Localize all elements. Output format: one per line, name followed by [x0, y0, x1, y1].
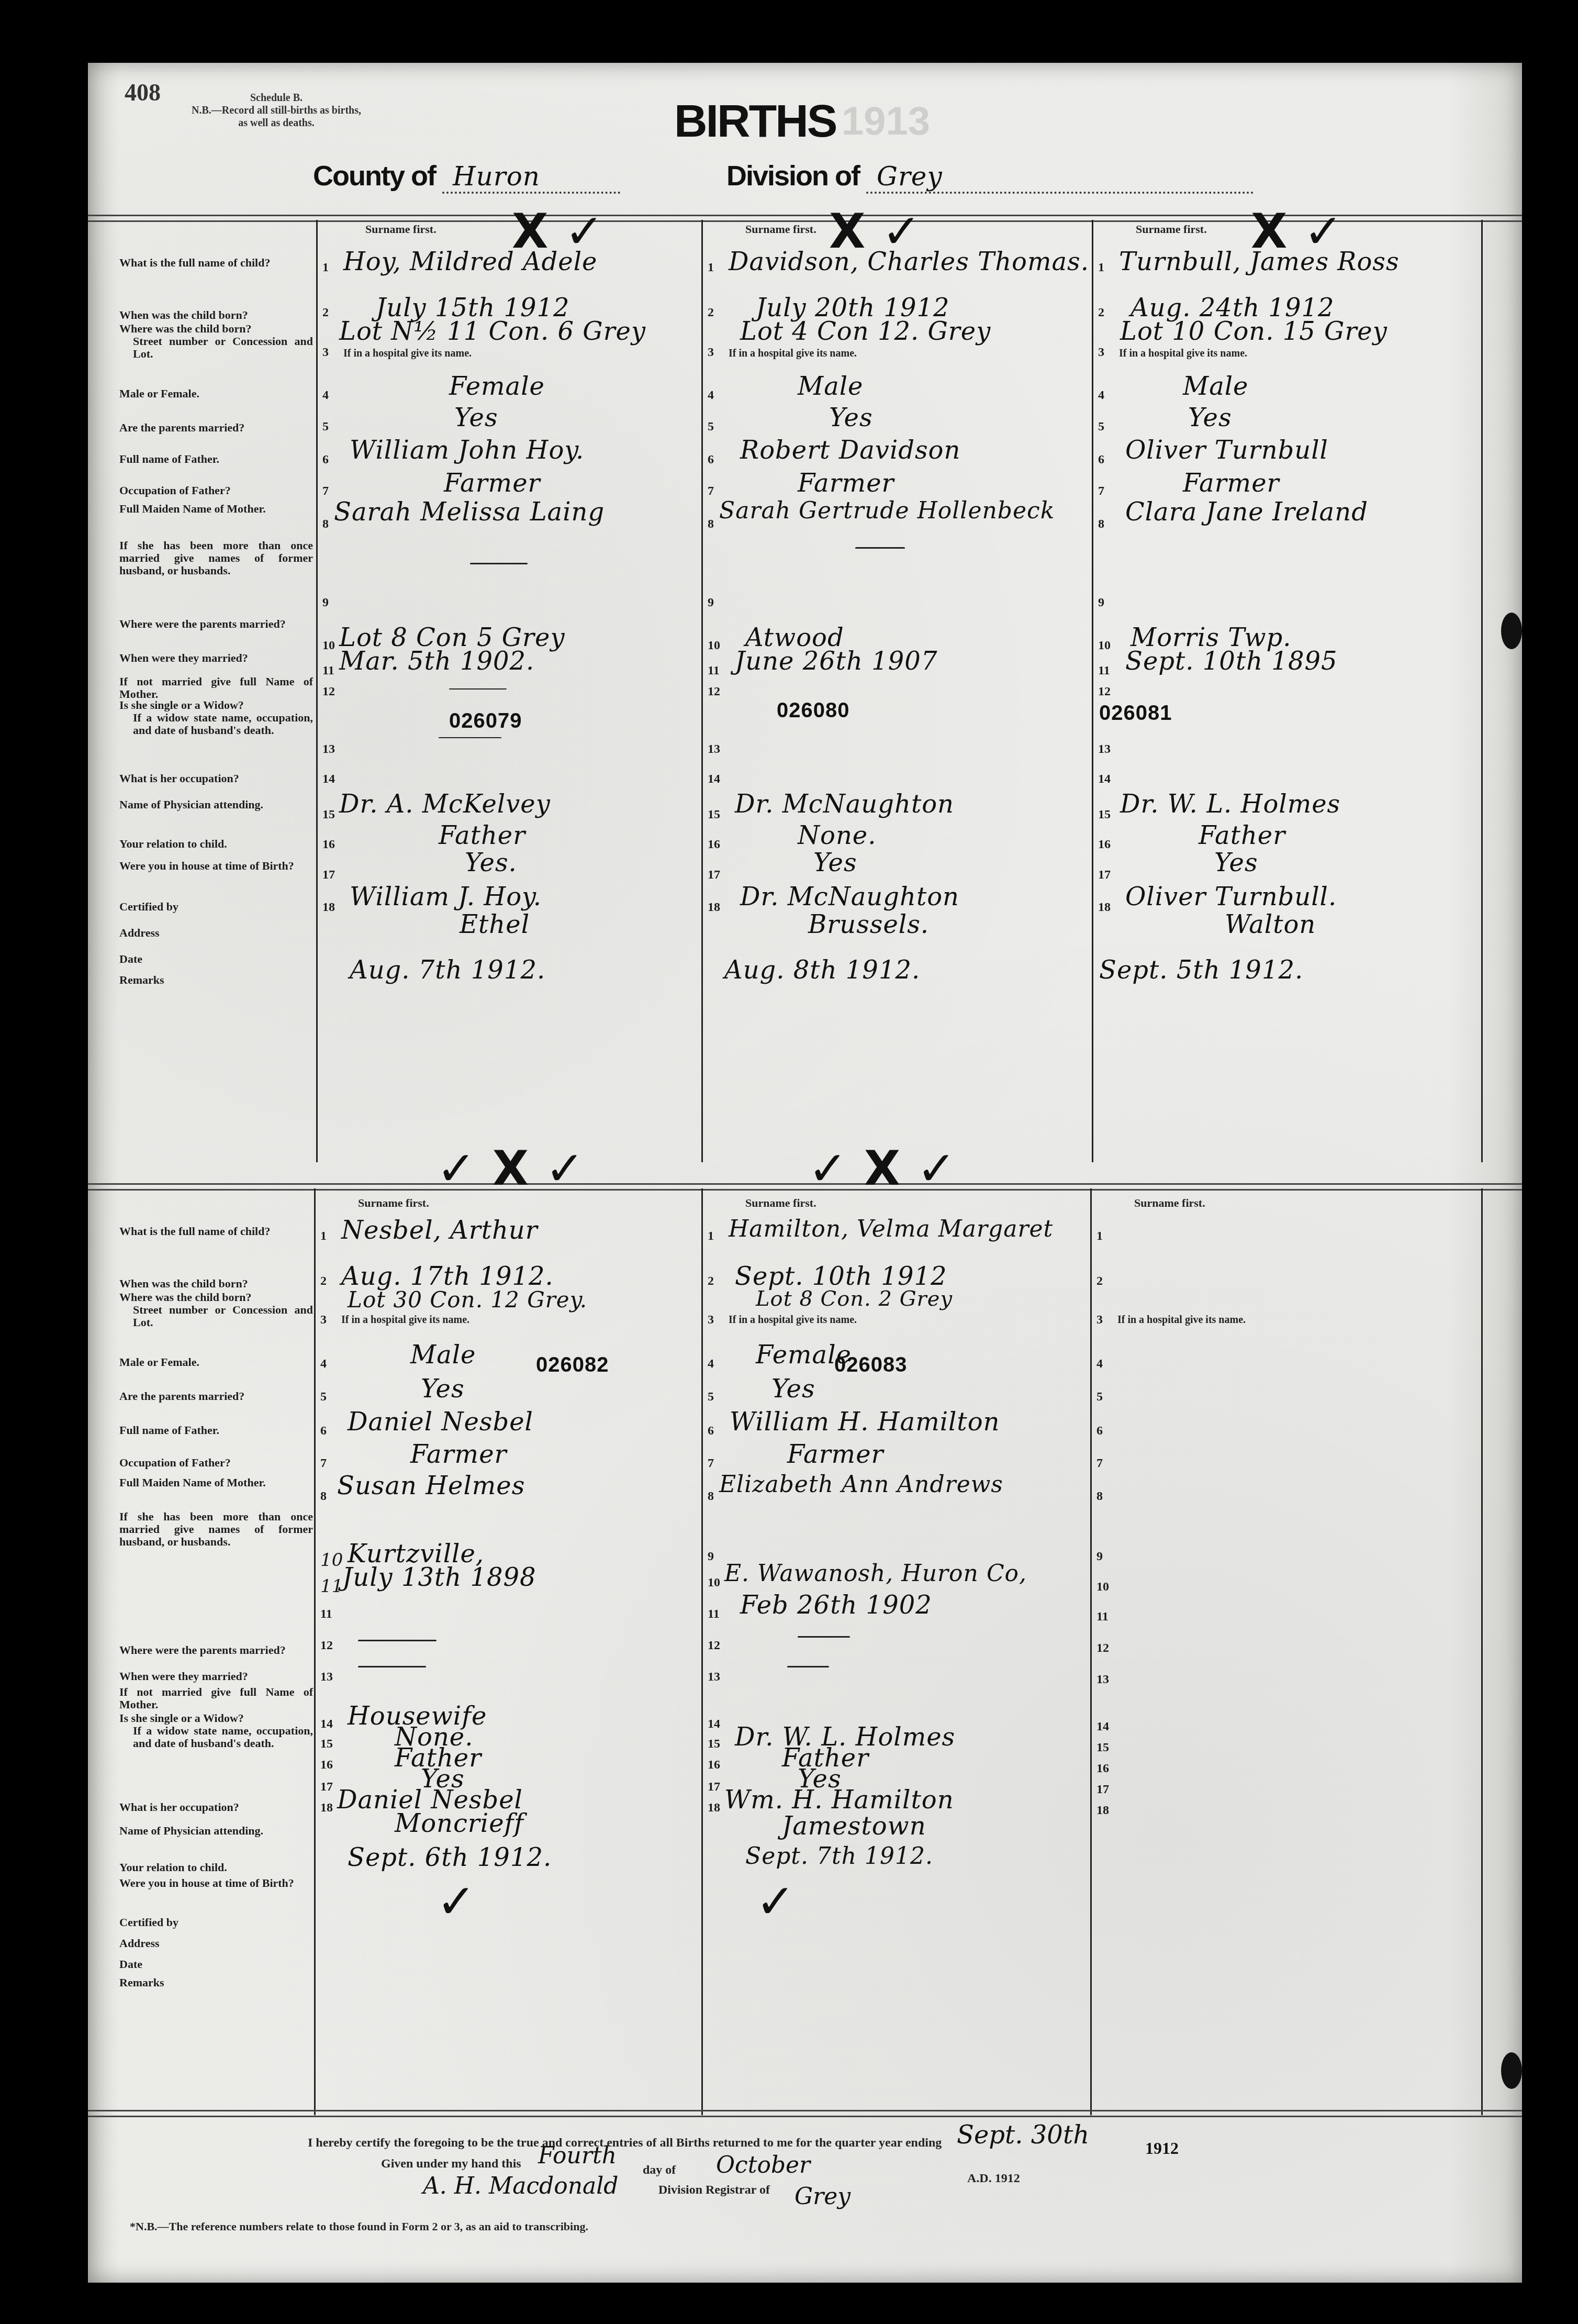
relation: Father — [1199, 821, 1285, 850]
blank-dash — [470, 563, 528, 564]
row-number: 5 — [320, 1390, 327, 1404]
row-number: 15 — [708, 1737, 720, 1751]
row-number: 17 — [1098, 868, 1111, 882]
marriage-date: Mar. 5th 1902. — [339, 647, 534, 676]
birth-register-page: 408 Schedule B. N.B.—Record all still-bi… — [88, 63, 1522, 2283]
still-births-note-1: N.B.—Record all still-births as births, — [166, 104, 386, 117]
corrected-row-number: 11 — [320, 1576, 343, 1597]
label-remarks: Remarks — [119, 1976, 313, 1989]
row-number: 18 — [708, 1801, 720, 1815]
row-number: 14 — [1096, 1720, 1109, 1734]
given-day: Fourth — [538, 2142, 617, 2169]
row-number: 15 — [708, 808, 720, 822]
birth-record: Surname first. ✓ X ✓ 1 Nesbel, Arthur 2 … — [316, 1188, 700, 2115]
certified-by: William J. Hoy. — [350, 882, 542, 911]
birth-place: Lot N½ 11 Con. 6 Grey — [339, 317, 646, 346]
label-marriage-date: When were they married? — [119, 1670, 313, 1683]
marriage-date: July 13th 1898 — [342, 1563, 536, 1592]
label-father-occupation: Occupation of Father? — [119, 484, 313, 497]
date: Aug. 7th 1912. — [350, 955, 545, 985]
row-number: 2 — [1098, 306, 1104, 320]
label-former-husbands: If she has been more than once married g… — [119, 1510, 313, 1548]
row-number: 4 — [320, 1357, 327, 1371]
row-number: 3 — [322, 346, 329, 360]
registrar-signature: A. H. Macdonald — [423, 2173, 618, 2199]
row-number: 3 — [320, 1313, 327, 1327]
sex: Male — [1183, 372, 1249, 401]
reference-number: 026082 — [536, 1353, 609, 1377]
row-number: 3 — [708, 1313, 714, 1327]
row-number: 13 — [1096, 1673, 1109, 1687]
row-number: 14 — [320, 1717, 333, 1731]
row-number: 2 — [708, 306, 714, 320]
row-number: 5 — [708, 420, 714, 434]
address: Brussels. — [808, 910, 929, 939]
bleed-through-text: 1913 — [842, 98, 930, 144]
row-number: 6 — [1098, 453, 1104, 467]
row-number: 4 — [1098, 388, 1104, 403]
row-number: 1 — [322, 261, 329, 275]
date: Sept. 7th 1912. — [745, 1843, 933, 1870]
reference-number: 026080 — [777, 699, 849, 722]
father-occupation: Farmer — [798, 469, 894, 498]
county-label: County of — [313, 160, 435, 192]
date: Aug. 8th 1912. — [724, 955, 920, 985]
certify-statement: I hereby certify the foregoing to be the… — [308, 2136, 942, 2150]
blank-dash — [358, 1666, 426, 1667]
birth-place: Lot 10 Con. 15 Grey — [1120, 317, 1387, 346]
row-number: 18 — [1098, 900, 1111, 915]
row-number: 14 — [1098, 772, 1111, 786]
row-number: 1 — [1098, 261, 1104, 275]
binder-hole — [1501, 2052, 1522, 2089]
hospital-prompt: If in a hospital give its name. — [341, 1314, 469, 1326]
label-sex: Male or Female. — [119, 387, 313, 400]
row-number: 2 — [1096, 1274, 1103, 1288]
birth-record-blank: Surname first. 1 2 3 If in a hospital gi… — [1092, 1188, 1480, 2115]
label-parents-married: Are the parents married? — [119, 421, 313, 434]
quarter-end-date: Sept. 30th — [957, 2120, 1089, 2150]
blank-dash — [449, 688, 507, 690]
row-number: 7 — [322, 484, 329, 498]
row-number: 2 — [322, 306, 329, 320]
address: Jamestown — [782, 1811, 926, 1841]
label-date: Date — [119, 953, 313, 965]
father-name: Oliver Turnbull — [1125, 436, 1328, 465]
parents-married: Yes — [454, 403, 498, 432]
marriage-place: E. Wawanosh, Huron Co, — [724, 1560, 1027, 1587]
label-parents-married: Are the parents married? — [119, 1390, 313, 1403]
row-number: 11 — [1096, 1610, 1109, 1624]
father-name: Daniel Nesbel — [348, 1407, 533, 1437]
label-relation: Your relation to child. — [119, 1861, 313, 1874]
child-name: Nesbel, Arthur — [341, 1216, 538, 1245]
label-mother-maiden: Full Maiden Name of Mother. — [119, 1476, 313, 1489]
address: Ethel — [460, 910, 530, 939]
column-divider — [1090, 1188, 1092, 2115]
row-number: 10 — [1096, 1580, 1109, 1594]
row-number: 11 — [320, 1607, 332, 1621]
sex: Male — [798, 372, 864, 401]
label-child-name: What is the full name of child? — [119, 1225, 313, 1238]
label-in-house: Were you in house at time of Birth? — [119, 860, 313, 872]
label-mother-occupation: What is her occupation? — [119, 1801, 313, 1814]
reference-footnote: *N.B.—The reference numbers relate to th… — [130, 2220, 588, 2233]
row-number: 16 — [1096, 1762, 1109, 1776]
row-number: 8 — [322, 517, 329, 531]
row-number: 7 — [1096, 1456, 1103, 1471]
row-number: 12 — [708, 685, 720, 699]
label-former-husbands: If she has been more than once married g… — [119, 539, 313, 577]
label-in-house: Were you in house at time of Birth? — [119, 1877, 313, 1889]
label-address: Address — [119, 1937, 313, 1950]
county-value: Huron — [442, 161, 620, 194]
row-number: 6 — [1096, 1424, 1103, 1438]
given-month: October — [716, 2152, 810, 2178]
label-physician: Name of Physician attending. — [119, 1825, 313, 1837]
label-relation: Your relation to child. — [119, 838, 313, 850]
address: Moncrieff — [395, 1809, 524, 1838]
label-physician: Name of Physician attending. — [119, 798, 313, 811]
in-house: Yes. — [465, 848, 517, 877]
label-mother-maiden: Full Maiden Name of Mother. — [119, 503, 313, 515]
row-number: 8 — [708, 517, 714, 531]
hospital-prompt: If in a hospital give its name. — [729, 1314, 857, 1326]
marriage-date: June 26th 1907 — [735, 647, 937, 676]
marriage-date: Feb 26th 1902 — [740, 1591, 932, 1620]
row-number: 16 — [708, 1758, 720, 1772]
division-value: Grey — [866, 161, 1254, 194]
certified-by: Dr. McNaughton — [740, 882, 959, 911]
row-number: 12 — [322, 685, 335, 699]
marriage-date: Sept. 10th 1895 — [1125, 647, 1338, 676]
row-number: 14 — [322, 772, 335, 786]
row-number: 4 — [708, 388, 714, 403]
county-field: County of Huron — [313, 160, 620, 194]
binder-hole — [1501, 613, 1522, 649]
label-father-name: Full name of Father. — [119, 1424, 313, 1437]
corrected-row-number: 10 — [320, 1550, 343, 1571]
reference-number: 026079 — [449, 709, 522, 733]
column-divider — [316, 220, 318, 1162]
check-mark-icon: ✓ — [756, 1874, 795, 1929]
row-number: 12 — [708, 1639, 720, 1653]
certification-footer: I hereby certify the foregoing to be the… — [88, 2115, 1522, 2272]
page-title: BIRTHS — [674, 94, 836, 148]
row-number: 4 — [322, 388, 329, 403]
label-date: Date — [119, 1958, 313, 1971]
label-remarks: Remarks — [119, 974, 313, 986]
father-occupation: Farmer — [444, 469, 540, 498]
row-number: 11 — [708, 1607, 720, 1621]
row-number: 9 — [708, 596, 714, 610]
row-number: 6 — [708, 453, 714, 467]
label-birth-place-sub: Street number or Concession and Lot. — [119, 1304, 313, 1329]
row-number: 8 — [320, 1489, 327, 1504]
check-marks: ✓ X ✓ — [437, 1141, 585, 1196]
row-number: 8 — [708, 1489, 714, 1504]
hospital-prompt: If in a hospital give its name. — [1119, 348, 1247, 360]
row-number: 18 — [708, 900, 720, 915]
parents-married: Yes — [771, 1374, 815, 1404]
row-number: 2 — [320, 1274, 327, 1288]
birth-record: Surname first. ✓ X ✓ 1 Hamilton, Velma M… — [703, 1188, 1089, 2115]
surname-first-header: Surname first. — [358, 1196, 742, 1210]
label-unmarried-mother: If not married give full Name of Mother. — [119, 675, 313, 700]
row-number: 6 — [322, 453, 329, 467]
reference-number: 026083 — [834, 1353, 907, 1377]
row-number: 17 — [320, 1780, 333, 1794]
birth-place: Lot 8 Con. 2 Grey — [756, 1287, 953, 1311]
row-number: 7 — [708, 1456, 714, 1471]
label-certified-by: Certified by — [119, 1916, 313, 1929]
row-number: 7 — [320, 1456, 327, 1471]
mother-maiden-name: Sarah Melissa Laing — [334, 497, 605, 527]
physician: Dr. W. L. Holmes — [1120, 790, 1340, 819]
label-birth-date: When was the child born? — [119, 1277, 313, 1290]
hospital-prompt: If in a hospital give its name. — [729, 348, 857, 360]
registrar-of-label: Division Registrar of — [658, 2183, 770, 2197]
certified-by: Wm. H. Hamilton — [724, 1785, 954, 1815]
row-number: 11 — [1098, 664, 1110, 678]
label-unmarried-mother: If not married give full Name of Mother. — [119, 1686, 313, 1711]
mother-maiden-name: Clara Jane Ireland — [1125, 497, 1368, 527]
father-occupation: Farmer — [410, 1440, 507, 1469]
row-number: 10 — [708, 639, 720, 653]
label-marriage-place: Where were the parents married? — [119, 618, 313, 630]
row-number: 13 — [708, 1670, 720, 1684]
row-number: 5 — [708, 1390, 714, 1404]
surname-first-header: Surname first. — [745, 223, 1133, 236]
column-divider — [701, 1188, 703, 2115]
label-widow: Is she single or a Widow?If a widow stat… — [119, 699, 313, 737]
sex: Female — [449, 372, 545, 401]
row-number: 2 — [708, 1274, 714, 1288]
column-divider — [1481, 220, 1483, 1162]
row-number: 6 — [708, 1424, 714, 1438]
row-number: 11 — [322, 664, 334, 678]
row-number: 9 — [708, 1550, 714, 1564]
mother-maiden-name: Elizabeth Ann Andrews — [719, 1471, 1003, 1498]
row-number: 5 — [1096, 1390, 1103, 1404]
label-widow-sub: If a widow state name, occupation, and d… — [119, 1725, 313, 1750]
label-widow-main: Is she single or a Widow? — [119, 1711, 244, 1725]
ad-year: A.D. 1912 — [967, 2172, 1020, 2186]
row-number: 17 — [708, 868, 720, 882]
bottom-section: What is the full name of child? When was… — [88, 1188, 1522, 2115]
top-section: What is the full name of child? When was… — [88, 220, 1522, 1162]
birth-place: Lot 30 Con. 12 Grey. — [348, 1287, 587, 1313]
row-number: 5 — [1098, 420, 1104, 434]
division-field: Division of Grey — [726, 160, 1254, 194]
surname-first-header: Surname first. — [745, 1196, 1131, 1210]
sex: Male — [410, 1340, 476, 1370]
row-number: 18 — [322, 900, 335, 915]
row-number: 14 — [708, 1717, 720, 1731]
row-number: 16 — [1098, 838, 1111, 852]
row-number: 9 — [1098, 596, 1104, 610]
row-number: 16 — [708, 838, 720, 852]
row-number: 17 — [708, 1780, 720, 1794]
row-number: 3 — [1096, 1313, 1103, 1327]
in-house: Yes — [1214, 848, 1258, 877]
row-number: 15 — [322, 808, 335, 822]
row-number: 10 — [708, 1576, 720, 1590]
relation: Father — [439, 821, 525, 850]
parents-married: Yes — [1188, 403, 1232, 432]
father-name: Robert Davidson — [740, 436, 960, 465]
row-number: 1 — [320, 1229, 327, 1243]
column-divider — [1481, 1188, 1483, 2115]
given-under-hand-label: Given under my hand this — [381, 2157, 521, 2171]
mother-maiden-name: Sarah Gertrude Hollenbeck — [719, 497, 1055, 524]
row-number: 1 — [1096, 1229, 1103, 1243]
row-number: 8 — [1096, 1489, 1103, 1504]
parents-married: Yes — [829, 403, 873, 432]
row-number: 4 — [1096, 1357, 1103, 1371]
row-number: 7 — [1098, 484, 1104, 498]
row-number: 14 — [708, 772, 720, 786]
mother-maiden-name: Susan Helmes — [337, 1471, 525, 1500]
father-occupation: Farmer — [1183, 469, 1279, 498]
row-number: 6 — [320, 1424, 327, 1438]
schedule-label: Schedule B. — [166, 92, 386, 104]
address: Walton — [1225, 910, 1316, 939]
row-number: 13 — [320, 1670, 333, 1684]
row-number: 12 — [1098, 685, 1111, 699]
row-number: 17 — [1096, 1783, 1109, 1797]
row-number: 13 — [322, 742, 335, 757]
row-number: 5 — [322, 420, 329, 434]
page-number: 408 — [125, 79, 161, 106]
check-mark-icon: ✓ — [437, 1874, 476, 1929]
row-number: 8 — [1098, 517, 1104, 531]
column-divider — [1092, 220, 1093, 1162]
label-birth-place-main: Where was the child born? — [119, 322, 252, 335]
row-number: 16 — [322, 838, 335, 852]
row-number: 12 — [1096, 1641, 1109, 1655]
child-name: Davidson, Charles Thomas. — [729, 247, 1089, 276]
row-number: 1 — [708, 261, 714, 275]
row-number: 11 — [708, 664, 720, 678]
day-of-label: day of — [643, 2163, 676, 2177]
blank-dash — [798, 1636, 850, 1638]
father-occupation: Farmer — [787, 1440, 883, 1469]
birth-place: Lot 4 Con 12. Grey — [740, 317, 991, 346]
row-number: 10 — [1098, 639, 1111, 653]
still-births-note-2: as well as deaths. — [166, 117, 386, 129]
blank-dash — [439, 737, 501, 738]
row-number: 10 — [322, 639, 335, 653]
parents-married: Yes — [421, 1374, 465, 1404]
label-widow: Is she single or a Widow?If a widow stat… — [119, 1712, 313, 1750]
hospital-prompt: If in a hospital give its name. — [1117, 1314, 1246, 1326]
row-number: 13 — [708, 742, 720, 757]
column-divider — [701, 220, 703, 1162]
row-number: 7 — [708, 484, 714, 498]
row-number: 12 — [320, 1639, 333, 1653]
row-number: 18 — [1096, 1804, 1109, 1818]
label-father-name: Full name of Father. — [119, 453, 313, 465]
blank-dash — [787, 1666, 829, 1667]
row-number: 1 — [708, 1229, 714, 1243]
label-birth-place-sub: Street number or Concession and Lot. — [119, 335, 313, 360]
column-divider — [314, 1188, 316, 2115]
row-number: 17 — [322, 868, 335, 882]
check-marks: ✓ X ✓ — [808, 1141, 956, 1196]
label-widow-main: Is she single or a Widow? — [119, 698, 244, 711]
blank-dash — [855, 547, 905, 549]
relation: None. — [798, 821, 876, 850]
quarter-year: 1912 — [1145, 2139, 1179, 2158]
father-name: William H. Hamilton — [730, 1407, 1000, 1437]
row-number: 3 — [708, 346, 714, 360]
row-number: 9 — [1096, 1550, 1103, 1564]
in-house: Yes — [813, 848, 857, 877]
registrar-division: Grey — [794, 2183, 850, 2210]
birth-record: Surname first. X ✓ 1 Turnbull, James Ros… — [1094, 220, 1480, 1162]
label-birth-place: Where was the child born?Street number o… — [119, 1291, 313, 1329]
birth-record: Surname first. X ✓ 1 Davidson, Charles T… — [703, 220, 1091, 1162]
schedule-note: Schedule B. N.B.—Record all still-births… — [166, 92, 386, 129]
row-number: 13 — [1098, 742, 1111, 757]
row-number: 15 — [1098, 808, 1111, 822]
label-marriage-date: When were they married? — [119, 652, 313, 664]
date: Sept. 6th 1912. — [348, 1843, 552, 1872]
division-label: Division of — [726, 160, 859, 192]
label-birth-place: Where was the child born?Street number o… — [119, 323, 313, 360]
father-name: William John Hoy. — [350, 436, 584, 465]
label-mother-occupation: What is her occupation? — [119, 772, 313, 785]
label-child-name: What is the full name of child? — [119, 257, 313, 269]
date: Sept. 5th 1912. — [1099, 955, 1303, 985]
row-number: 4 — [708, 1357, 714, 1371]
label-marriage-place: Where were the parents married? — [119, 1644, 313, 1656]
child-name: Hoy, Mildred Adele — [343, 247, 597, 276]
label-certified-by: Certified by — [119, 900, 313, 913]
birth-record: Surname first. X ✓ 1 Hoy, Mildred Adele … — [318, 220, 700, 1162]
row-number: 15 — [1096, 1741, 1109, 1755]
row-number: 18 — [320, 1801, 333, 1815]
label-father-occupation: Occupation of Father? — [119, 1456, 313, 1469]
hospital-prompt: If in a hospital give its name. — [343, 348, 472, 360]
label-address: Address — [119, 927, 313, 939]
physician: Dr. McNaughton — [735, 790, 954, 819]
blank-dash — [358, 1640, 437, 1641]
row-number: 9 — [322, 596, 329, 610]
row-number: 16 — [320, 1758, 333, 1772]
certified-by: Oliver Turnbull. — [1125, 882, 1337, 911]
child-name: Turnbull, James Ross — [1119, 247, 1400, 276]
surname-first-header: Surname first. — [1134, 1196, 1521, 1210]
row-number: 3 — [1098, 346, 1104, 360]
label-birth-place-main: Where was the child born? — [119, 1291, 252, 1304]
label-sex: Male or Female. — [119, 1356, 313, 1369]
label-birth-date: When was the child born? — [119, 309, 313, 321]
label-widow-sub: If a widow state name, occupation, and d… — [119, 711, 313, 737]
physician: Dr. A. McKelvey — [339, 790, 551, 819]
reference-number: 026081 — [1099, 702, 1172, 725]
row-number: 15 — [320, 1737, 333, 1751]
child-name: Hamilton, Velma Margaret — [729, 1216, 1053, 1242]
